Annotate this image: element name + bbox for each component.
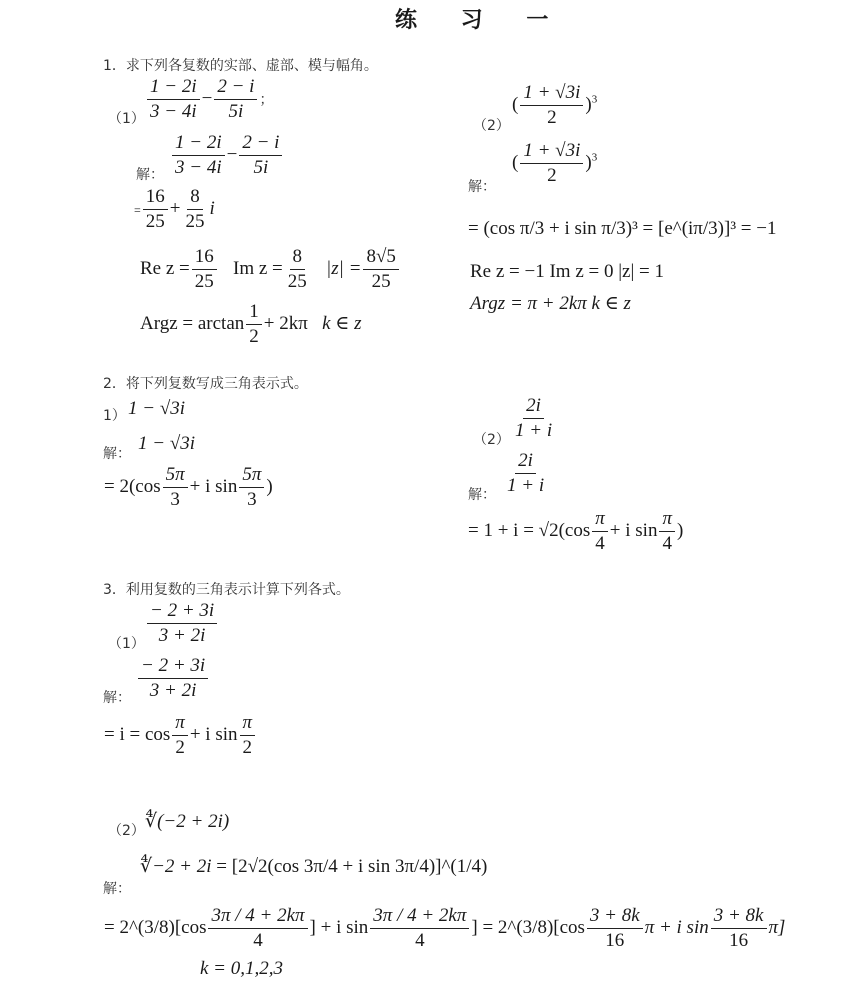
question-3-heading: 3．利用复数的三角表示计算下列各式。 — [103, 579, 350, 599]
q2-part2-solution-label: 解： — [468, 484, 496, 504]
q1-part2-solution-label: 解： — [468, 176, 496, 196]
question-1-heading: 1．求下列各复数的实部、虚部、模与幅角。 — [103, 55, 378, 75]
q1-part1-components: Re z =1625 Im z =825 |z| =8√525 — [140, 246, 401, 293]
q3-part2-k-values: k = 0,1,2,3 — [200, 958, 283, 980]
q1-part1-label: （1） — [108, 108, 145, 128]
q1-part2-line1: = (cos π/3 + i sin π/3)³ = [e^(iπ/3)]³ =… — [468, 218, 776, 240]
q1-part1-solution-label: 解： — [136, 164, 164, 184]
q2-part1-solution-label: 解： — [103, 443, 131, 463]
q2-part2-label: （2） — [473, 429, 510, 449]
q3-part1-result: = i = cosπ2+ i sinπ2 — [104, 712, 257, 759]
q2-part2-solution-expression: 2i1 + i — [502, 450, 549, 497]
q1-part2-expression: (1 + √3i2)3 — [512, 82, 597, 129]
q3-part2-line2: = 2^(3/8)[cos3π / 4 + 2kπ4] + i sin3π / … — [104, 905, 785, 952]
q3-part2-expression: ∜(−2 + 2i) — [145, 810, 229, 833]
q3-part1-solution-expression: − 2 + 3i3 + 2i — [136, 655, 210, 702]
q3-part2-solution-label: 解： — [103, 878, 131, 898]
q2-part1-expression: 1 − √3i — [128, 398, 185, 420]
question-2-heading: 2．将下列复数写成三角表示式。 — [103, 373, 308, 393]
q3-part1-label: （1） — [108, 633, 145, 653]
q2-part1-solution-expression: 1 − √3i — [138, 433, 195, 455]
q3-part2-line1: ∜−2 + 2i = [2√2(cos 3π/4 + i sin 3π/4)]^… — [140, 855, 487, 878]
q1-part2-line2: Re z = −1 Im z = 0 |z| = 1 — [470, 261, 664, 283]
q1-part1-result: =1625+825i — [134, 186, 215, 233]
q1-part1-expression: 1 − 2i3 − 4i−2 − i5i； — [145, 76, 273, 123]
q1-part2-solution-expression: (1 + √3i2)3 — [512, 140, 597, 187]
q3-part2-label: （2） — [108, 820, 145, 840]
q1-part2-label: （2） — [473, 115, 510, 135]
q2-part1-label: 1） — [103, 405, 126, 425]
q1-part1-argument: Argz = arctan12+ 2kπ k ∈ z — [140, 301, 361, 348]
q2-part2-expression: 2i1 + i — [510, 395, 557, 442]
page-title: 练 习 一 — [395, 3, 566, 34]
q1-part1-solution-expression: 1 − 2i3 − 4i−2 − i5i — [170, 132, 284, 179]
q1-part2-line3: Argz = π + 2kπ k ∈ z — [470, 292, 631, 315]
q3-part1-expression: − 2 + 3i3 + 2i — [145, 600, 219, 647]
q3-part1-solution-label: 解： — [103, 687, 131, 707]
q2-part2-result: = 1 + i = √2(cosπ4+ i sinπ4) — [468, 508, 683, 555]
q2-part1-result: = 2(cos5π3+ i sin5π3) — [104, 464, 273, 511]
